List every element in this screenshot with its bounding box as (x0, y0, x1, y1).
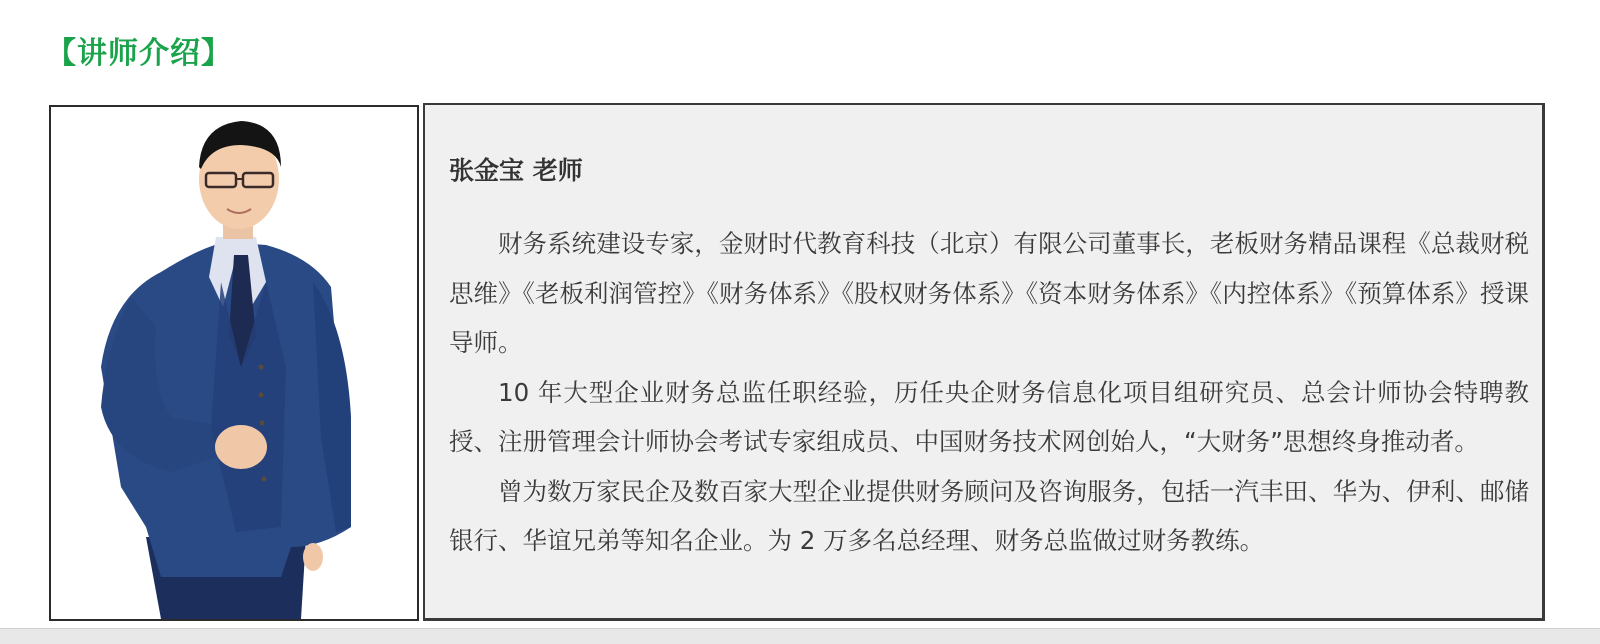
bio-paragraph-1: 财务系统建设专家，金财时代教育科技（北京）有限公司董事长，老板财务精品课程《总裁… (449, 219, 1529, 368)
bottom-divider (0, 628, 1600, 644)
instructor-bio-panel: 张金宝 老师 财务系统建设专家，金财时代教育科技（北京）有限公司董事长，老板财务… (423, 103, 1545, 621)
instructor-photo (49, 105, 419, 621)
instructor-name: 张金宝 老师 (449, 151, 583, 187)
bio-paragraph-2: 10 年大型企业财务总监任职经验，历任央企财务信息化项目组研究员、总会计师协会特… (449, 368, 1529, 467)
instructor-bio: 财务系统建设专家，金财时代教育科技（北京）有限公司董事长，老板财务精品课程《总裁… (449, 219, 1529, 566)
bio-paragraph-3: 曾为数万家民企及数百家大型企业提供财务顾问及咨询服务，包括一汽丰田、华为、伊利、… (449, 467, 1529, 566)
portrait-illustration (51, 107, 417, 619)
section-title: 【讲师介绍】 (46, 28, 232, 72)
